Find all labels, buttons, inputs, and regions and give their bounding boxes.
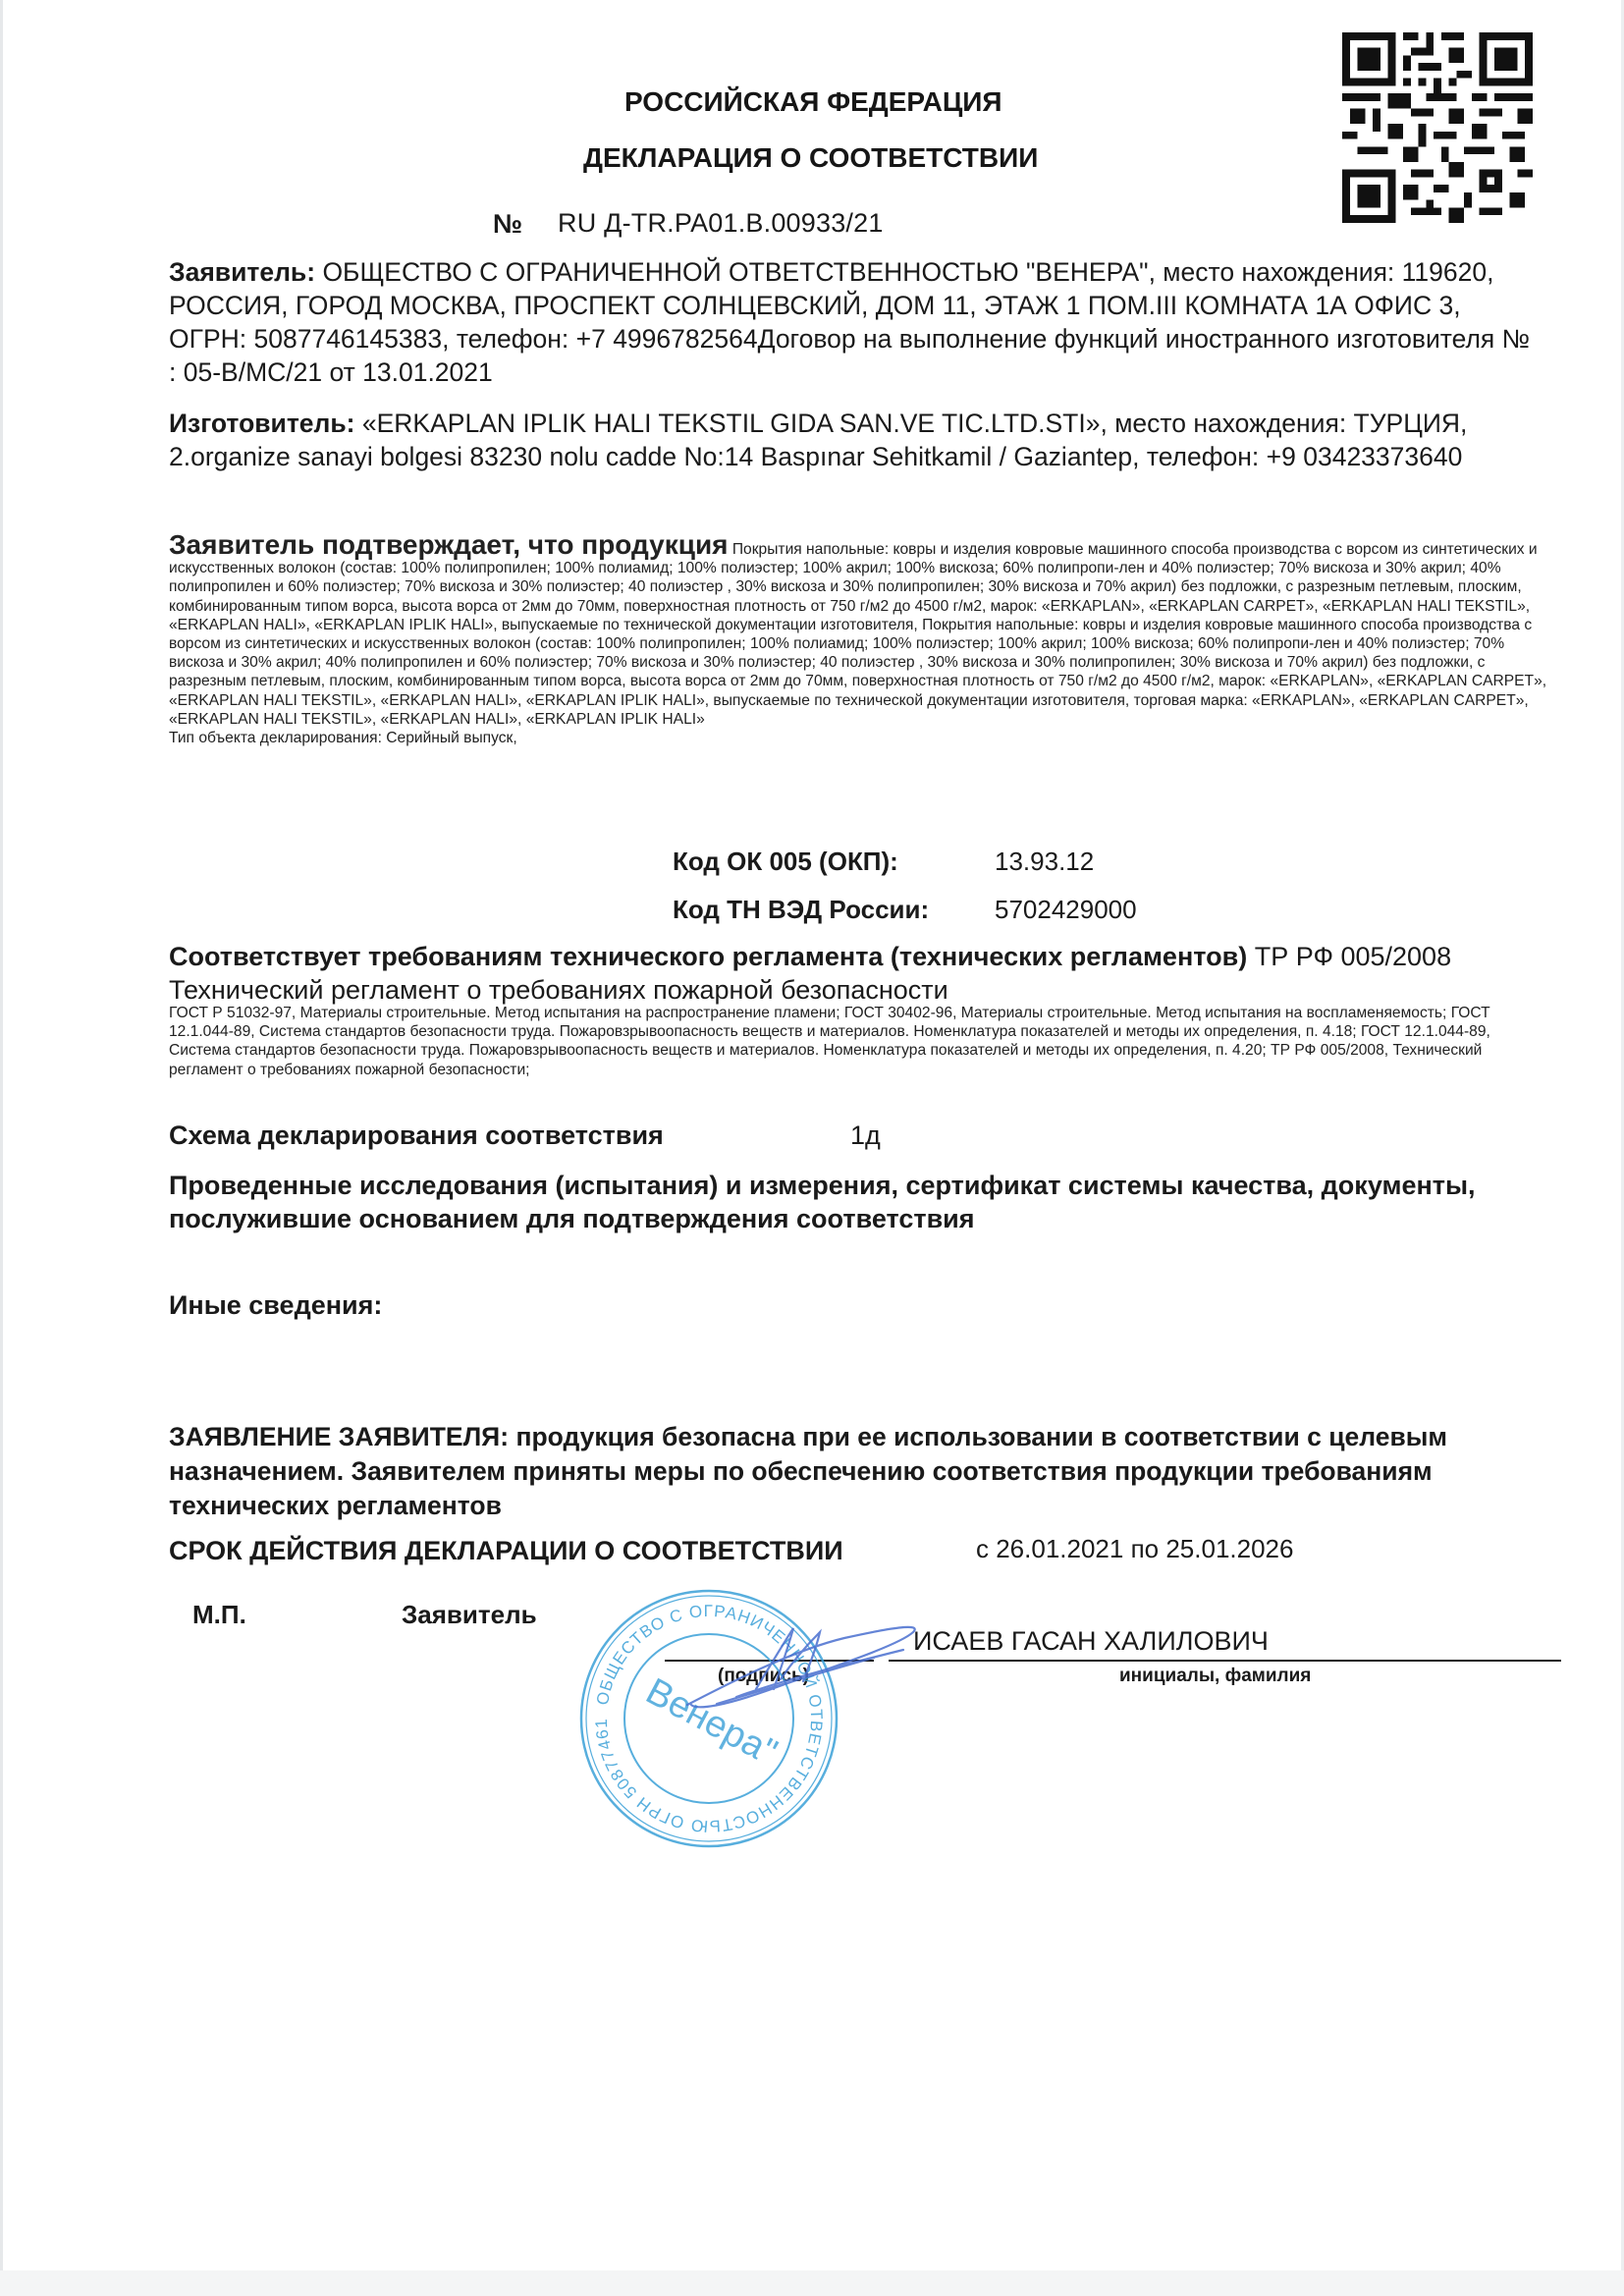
okp-value: 13.93.12 [995, 847, 1094, 877]
conformity-lead: Соответствует требованиям технического р… [169, 942, 1247, 971]
number-label: № [493, 209, 522, 240]
manufacturer-label: Изготовитель: [169, 409, 355, 438]
object-type: Тип объекта декларирования: Серийный вып… [169, 729, 1553, 747]
scheme-value: 1д [850, 1121, 881, 1151]
declaration-page: РОССИЙСКАЯ ФЕДЕРАЦИЯ ДЕКЛАРАЦИЯ О СООТВЕ… [0, 0, 1624, 2296]
name-caption: инициалы, фамилия [1119, 1666, 1311, 1687]
manufacturer-block: Изготовитель: «ERKAPLAN IPLIK HALI TEKST… [169, 407, 1543, 473]
okp-code-row: Код ОК 005 (ОКП): [673, 847, 898, 877]
handwritten-signature-icon [677, 1611, 1001, 1719]
applicant-sign-label: Заявитель [402, 1600, 537, 1630]
validity-label: СРОК ДЕЙСТВИЯ ДЕКЛАРАЦИИ О СООТВЕТСТВИИ [169, 1536, 843, 1566]
mp-label: М.П. [192, 1600, 246, 1630]
scheme-label: Схема декларирования соответствия [169, 1121, 664, 1151]
okp-label: Код ОК 005 (ОКП): [673, 847, 898, 876]
declaration-number: RU Д-TR.PA01.B.00933/21 [558, 208, 884, 239]
manufacturer-text: «ERKAPLAN IPLIK HALI TEKSTIL GIDA SAN.VE… [169, 409, 1467, 471]
country-title: РОССИЙСКАЯ ФЕДЕРАЦИЯ [624, 86, 1002, 118]
qr-code-icon [1342, 32, 1533, 223]
applicant-text: ОБЩЕСТВО С ОГРАНИЧЕННОЙ ОТВЕТСТВЕННОСТЬЮ… [169, 257, 1530, 387]
evidence-label: Проведенные исследования (испытания) и и… [169, 1169, 1543, 1235]
tnved-code-row: Код ТН ВЭД России: [673, 895, 929, 925]
applicant-block: Заявитель: ОБЩЕСТВО С ОГРАНИЧЕННОЙ ОТВЕТ… [169, 255, 1543, 389]
scan-edge-bottom [0, 2270, 1624, 2296]
applicant-label: Заявитель: [169, 257, 315, 287]
conformity-heading: Соответствует требованиям технического р… [169, 940, 1543, 1007]
tnved-value: 5702429000 [995, 895, 1137, 925]
product-block: Заявитель подтверждает, что продукция По… [169, 535, 1553, 747]
conformity-standards: ГОСТ Р 51032-97, Материалы строительные.… [169, 1004, 1553, 1079]
tnved-label: Код ТН ВЭД России: [673, 895, 929, 924]
other-info-label: Иные сведения: [169, 1290, 382, 1321]
document-title: ДЕКЛАРАЦИЯ О СООТВЕТСТВИИ [583, 142, 1038, 174]
statement-label: ЗАЯВЛЕНИЕ ЗАЯВИТЕЛЯ: [169, 1422, 509, 1451]
scan-edge-left [0, 0, 3, 2270]
applicant-statement: ЗАЯВЛЕНИЕ ЗАЯВИТЕЛЯ: продукция безопасна… [169, 1420, 1543, 1523]
product-text: Покрытия напольные: ковры и изделия ковр… [169, 541, 1546, 728]
validity-value: с 26.01.2021 по 25.01.2026 [976, 1534, 1293, 1564]
product-lead: Заявитель подтверждает, что продукция [169, 529, 729, 560]
